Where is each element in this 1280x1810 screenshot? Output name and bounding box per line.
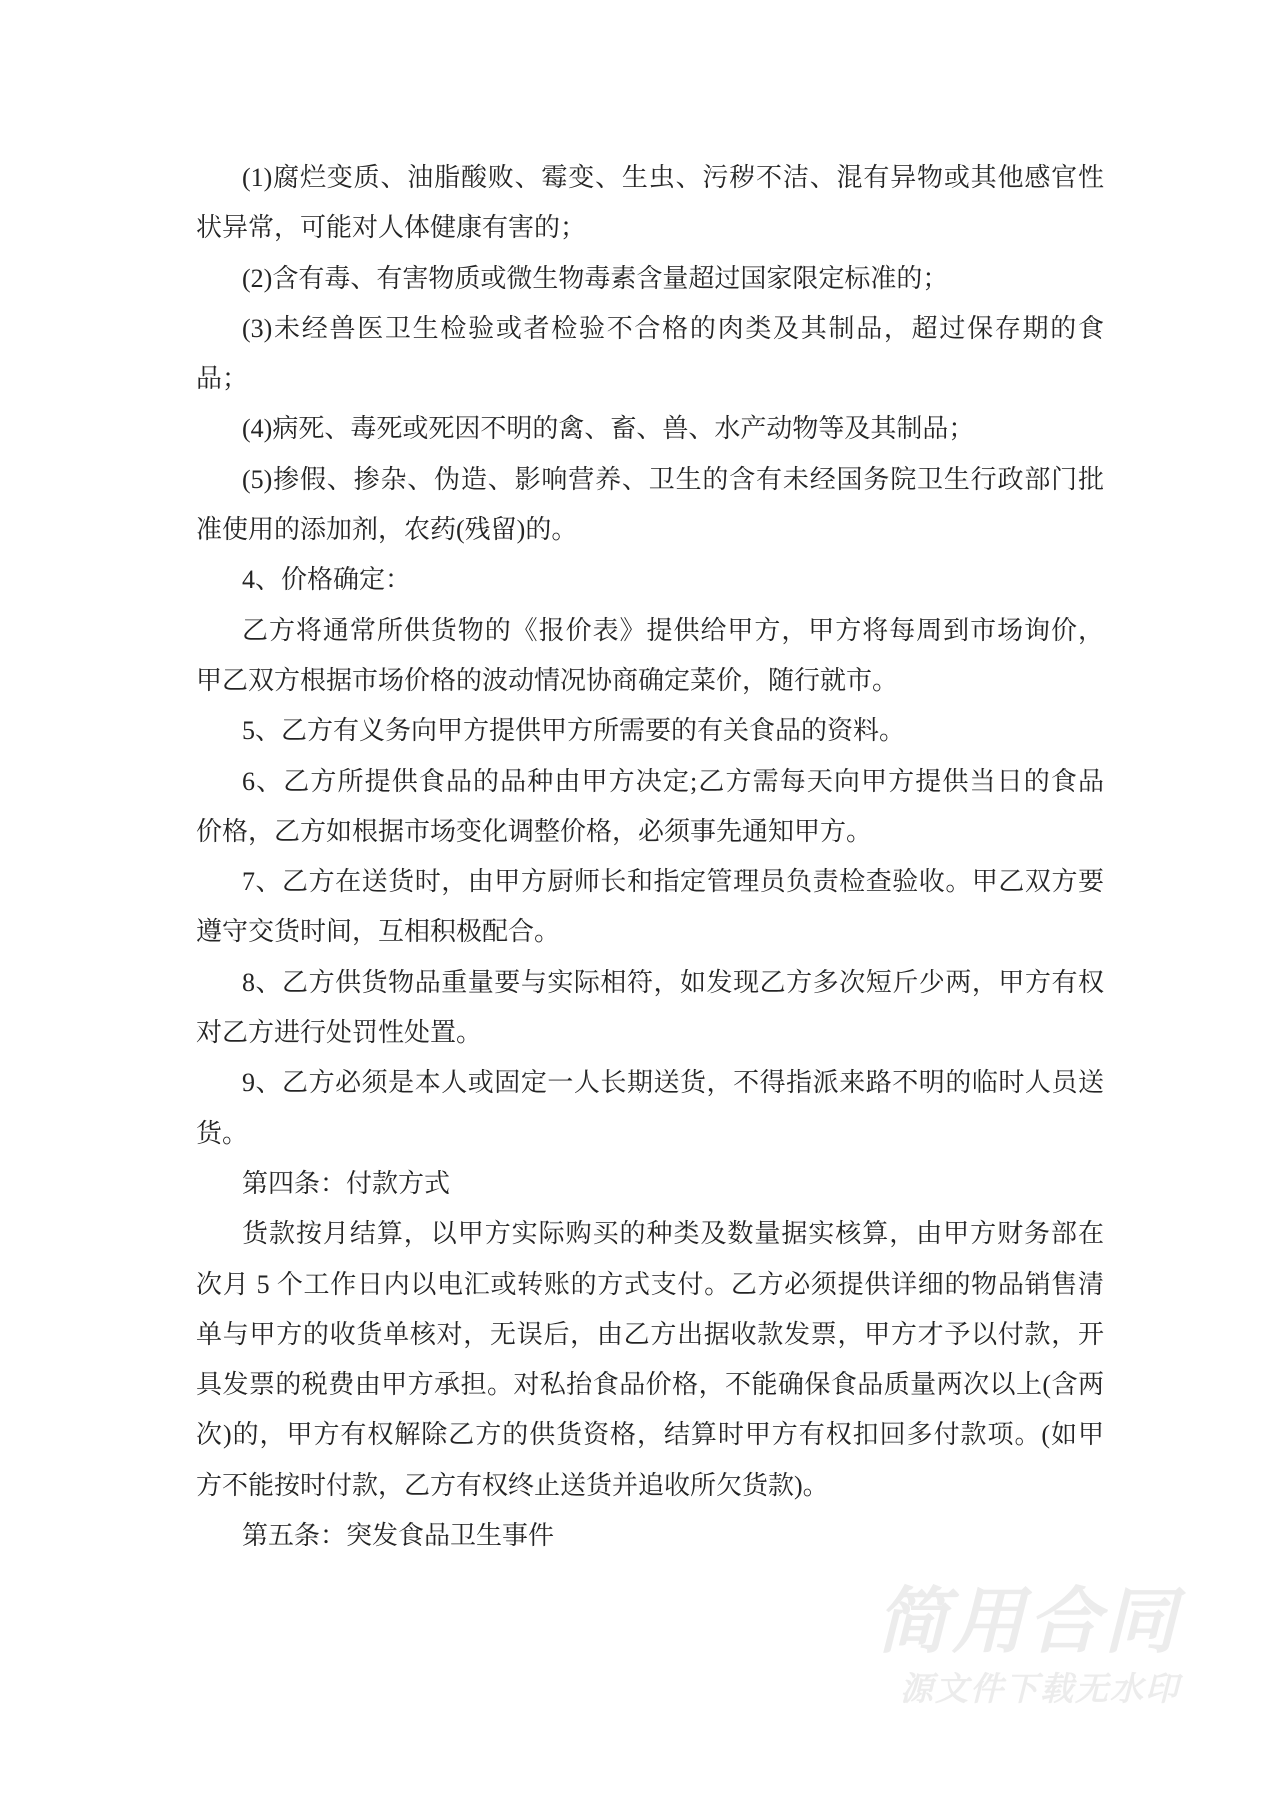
text-line: 遵守交货时间，互相积极配合。: [196, 907, 1104, 957]
text-line: 第四条：付款方式: [196, 1159, 1104, 1209]
text-line: 货款按月结算，以甲方实际购买的种类及数量据实核算，由甲方财务部在: [196, 1209, 1104, 1259]
text-line: 甲乙双方根据市场价格的波动情况协商确定菜价，随行就市。: [196, 656, 1104, 706]
text-line: 准使用的添加剂，农药(残留)的。: [196, 505, 1104, 555]
watermark-subtitle: 源文件下载无水印: [876, 1672, 1180, 1705]
text-line: 7、乙方在送货时，由甲方厨师长和指定管理员负责检查验收。甲乙双方要: [196, 857, 1104, 907]
text-line: 具发票的税费由甲方承担。对私抬食品价格，不能确保食品质量两次以上(含两: [196, 1360, 1104, 1410]
text-line: (5)掺假、掺杂、伪造、影响营养、卫生的含有未经国务院卫生行政部门批: [196, 455, 1104, 505]
text-line: 5、乙方有义务向甲方提供甲方所需要的有关食品的资料。: [196, 706, 1104, 756]
text-line: 6、乙方所提供食品的品种由甲方决定;乙方需每天向甲方提供当日的食品: [196, 757, 1104, 807]
text-line: 价格，乙方如根据市场变化调整价格，必须事先通知甲方。: [196, 807, 1104, 857]
text-line: 次月 5 个工作日内以电汇或转账的方式支付。乙方必须提供详细的物品销售清: [196, 1260, 1104, 1310]
text-line: 4、价格确定：: [196, 555, 1104, 605]
text-line: 乙方将通常所供货物的《报价表》提供给甲方，甲方将每周到市场询价，: [196, 606, 1104, 656]
text-line: 9、乙方必须是本人或固定一人长期送货，不得指派来路不明的临时人员送: [196, 1058, 1104, 1108]
text-line: 货。: [196, 1109, 1104, 1159]
text-line: 单与甲方的收货单核对，无误后，由乙方出据收款发票，甲方才予以付款，开: [196, 1310, 1104, 1360]
contract-page: (1)腐烂变质、油脂酸败、霉变、生虫、污秽不洁、混有异物或其他感官性状异常，可能…: [0, 0, 1280, 1810]
text-line: (2)含有毒、有害物质或微生物毒素含量超过国家限定标准的；: [196, 254, 1104, 304]
text-line: 品；: [196, 354, 1104, 404]
text-line: 8、乙方供货物品重量要与实际相符，如发现乙方多次短斤少两，甲方有权: [196, 958, 1104, 1008]
text-line: (3)未经兽医卫生检验或者检验不合格的肉类及其制品，超过保存期的食: [196, 304, 1104, 354]
text-line: 对乙方进行处罚性处置。: [196, 1008, 1104, 1058]
watermark-title: 简用合同: [876, 1586, 1180, 1658]
text-line: 方不能按时付款，乙方有权终止送货并追收所欠货款)。: [196, 1461, 1104, 1511]
text-line: 状异常，可能对人体健康有害的；: [196, 203, 1104, 253]
contract-body: (1)腐烂变质、油脂酸败、霉变、生虫、污秽不洁、混有异物或其他感官性状异常，可能…: [196, 153, 1104, 1561]
text-line: 第五条：突发食品卫生事件: [196, 1511, 1104, 1561]
text-line: 次)的，甲方有权解除乙方的供货资格，结算时甲方有权扣回多付款项。(如甲: [196, 1410, 1104, 1460]
watermark: 简用合同 源文件下载无水印: [876, 1586, 1180, 1705]
text-line: (4)病死、毒死或死因不明的禽、畜、兽、水产动物等及其制品；: [196, 404, 1104, 454]
text-line: (1)腐烂变质、油脂酸败、霉变、生虫、污秽不洁、混有异物或其他感官性: [196, 153, 1104, 203]
